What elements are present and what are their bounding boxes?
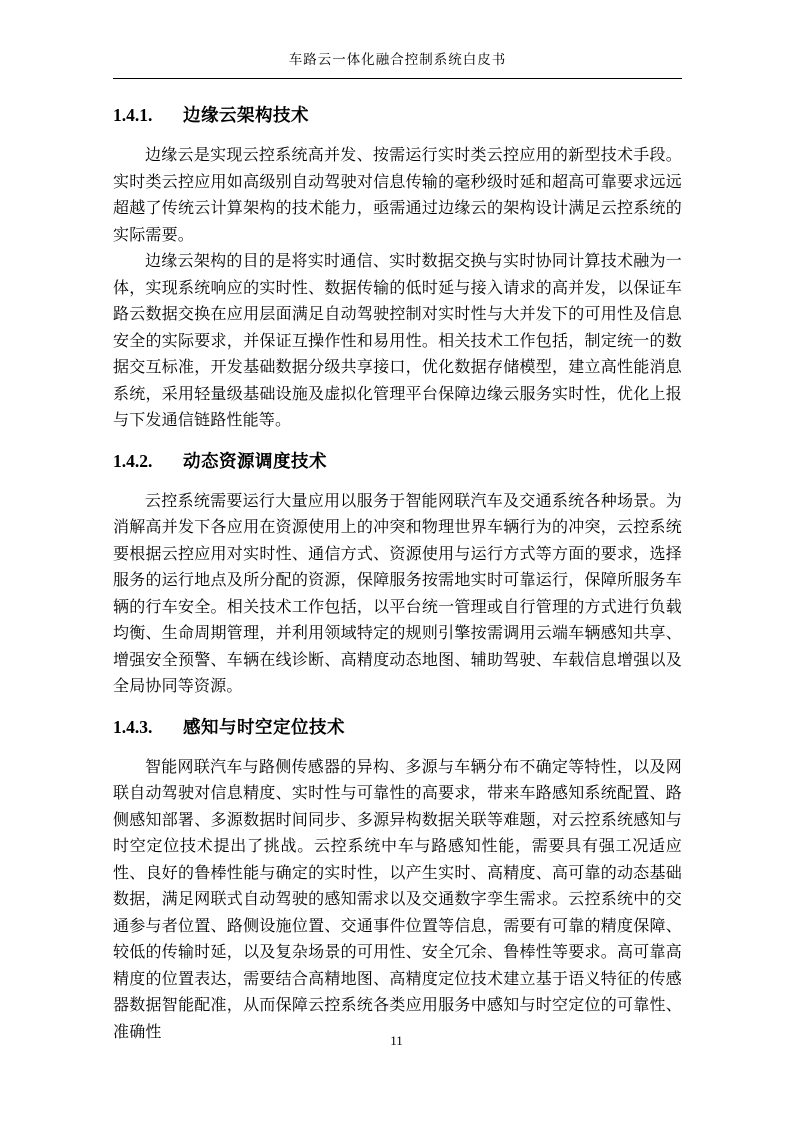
section-number: 1.4.3. (113, 715, 183, 739)
section-number: 1.4.1. (113, 103, 183, 127)
paragraph-perception-positioning-1: 智能网联汽车与路侧传感器的异构、多源与车辆分布不确定等特性，以及网联自动驾驶对信… (113, 755, 682, 1047)
section-1-4-1: 1.4.1.边缘云架构技术 边缘云是实现云控系统高并发、按需运行实时类云控应用的… (113, 103, 682, 435)
section-heading-edge-cloud: 1.4.1.边缘云架构技术 (113, 103, 682, 127)
section-title: 边缘云架构技术 (183, 105, 309, 125)
section-1-4-3: 1.4.3.感知与时空定位技术 智能网联汽车与路侧传感器的异构、多源与车辆分布不… (113, 715, 682, 1047)
section-title: 感知与时空定位技术 (183, 717, 345, 737)
section-1-4-2: 1.4.2.动态资源调度技术 云控系统需要运行大量应用以服务于智能网联汽车及交通… (113, 449, 682, 701)
header-divider-rule (113, 78, 682, 79)
section-heading-dynamic-resource: 1.4.2.动态资源调度技术 (113, 449, 682, 473)
page-number: 11 (0, 1033, 793, 1048)
paragraph-dynamic-resource-1: 云控系统需要运行大量应用以服务于智能网联汽车及交通系统各种场景。为消解高并发下各… (113, 489, 682, 701)
document-page: 车路云一体化融合控制系统白皮书 1.4.1.边缘云架构技术 边缘云是实现云控系统… (0, 0, 793, 1122)
running-header-title: 车路云一体化融合控制系统白皮书 (113, 0, 682, 69)
section-heading-perception-positioning: 1.4.3.感知与时空定位技术 (113, 715, 682, 739)
section-title: 动态资源调度技术 (183, 451, 327, 471)
paragraph-edge-cloud-1: 边缘云是实现云控系统高并发、按需运行实时类云控应用的新型技术手段。实时类云控应用… (113, 143, 682, 249)
section-number: 1.4.2. (113, 449, 183, 473)
paragraph-edge-cloud-2: 边缘云架构的目的是将实时通信、实时数据交换与实时协同计算技术融为一体，实现系统响… (113, 249, 682, 435)
